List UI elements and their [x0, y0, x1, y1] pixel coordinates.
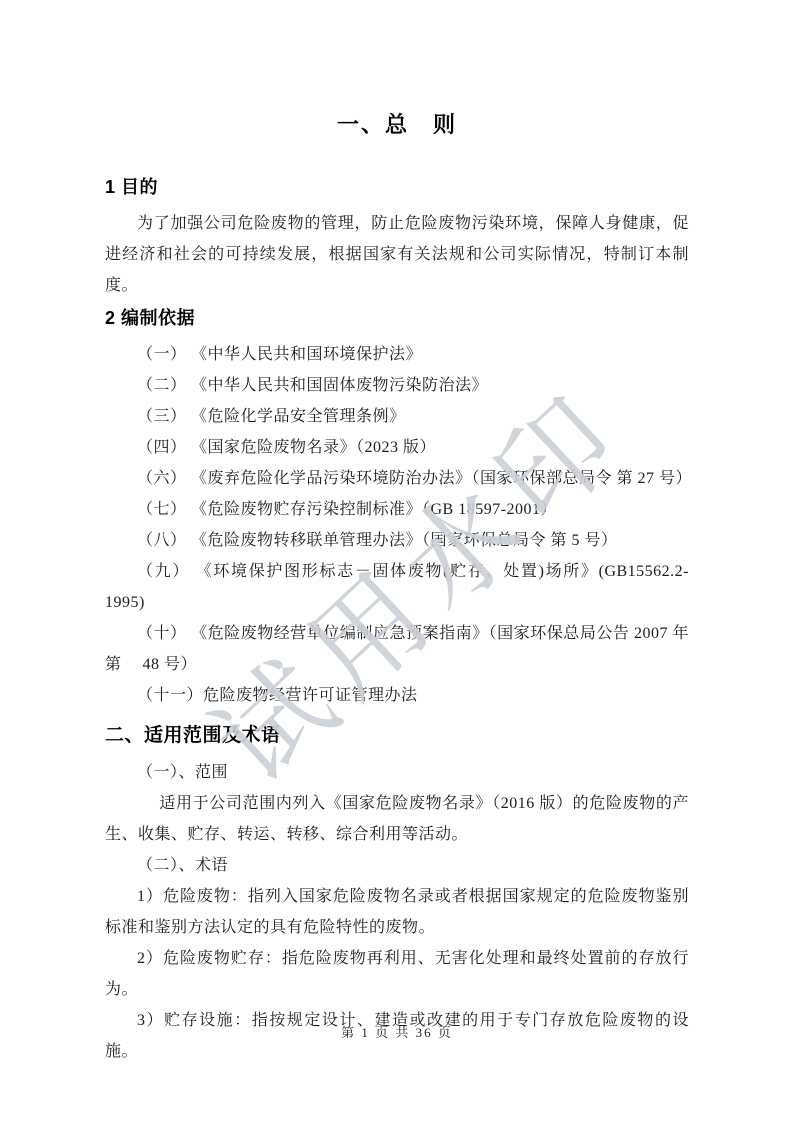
basis-item-3: （三） 《危险化学品安全管理条例》	[105, 401, 689, 432]
section-basis-heading: 2 编制依据	[105, 303, 689, 333]
basis-item-7: （七） 《危险废物贮存污染控制标准》（GB 18597-2001）	[105, 494, 689, 525]
basis-item-8: （八） 《危险废物转移联单管理办法》（国家环保总局令 第 5 号）	[105, 525, 689, 556]
scope-range-paragraph: 适用于公司范围内列入《国家危险废物名录》（2016 版）的危险废物的产生、收集、…	[105, 788, 689, 850]
page-number-footer: 第 1 页 共 36 页	[0, 1022, 794, 1041]
basis-item-9: （九） 《环境保护图形标志－固体废物(贮存、处置)场所》(GB15562.2-1…	[105, 556, 689, 618]
basis-item-2: （二） 《中华人民共和国固体废物污染防治法》	[105, 370, 689, 401]
basis-item-11: （十一）危险废物经营许可证管理办法	[105, 680, 689, 711]
basis-item-10: （十） 《危险废物经营单位编制应急预案指南》（国家环保总局公告 2007 年 第…	[105, 618, 689, 680]
document-page: 试用水印 一、总 则 1 目的 为了加强公司危险废物的管理，防止危险废物污染环境…	[0, 0, 794, 1123]
term-waste-storage: 2）危险废物贮存：指危险废物再利用、无害化处理和最终处置前的存放行为。	[105, 943, 689, 1005]
basis-item-6: （六） 《废弃危险化学品污染环境防治办法》（国家环保部总局令 第 27 号）	[105, 463, 689, 494]
page-title: 一、总 则	[105, 110, 689, 140]
section-scope-heading: 二、适用范围及术语	[105, 719, 689, 753]
purpose-paragraph: 为了加强公司危险废物的管理，防止危险废物污染环境，保障人身健康，促进经济和社会的…	[105, 208, 689, 301]
basis-item-1: （一） 《中华人民共和国环境保护法》	[105, 339, 689, 370]
scope-terms-label: （二）、术语	[105, 850, 689, 881]
document-content: 一、总 则 1 目的 为了加强公司危险废物的管理，防止危险废物污染环境，保障人身…	[105, 110, 689, 1067]
term-hazardous-waste: 1）危险废物：指列入国家危险废物名录或者根据国家规定的危险废物鉴别标准和鉴别方法…	[105, 881, 689, 943]
basis-item-4: （四） 《国家危险废物名录》（2023 版）	[105, 432, 689, 463]
scope-range-label: （一）、范围	[105, 757, 689, 788]
basis-list: （一） 《中华人民共和国环境保护法》 （二） 《中华人民共和国固体废物污染防治法…	[105, 339, 689, 711]
section-purpose-heading: 1 目的	[105, 172, 689, 202]
